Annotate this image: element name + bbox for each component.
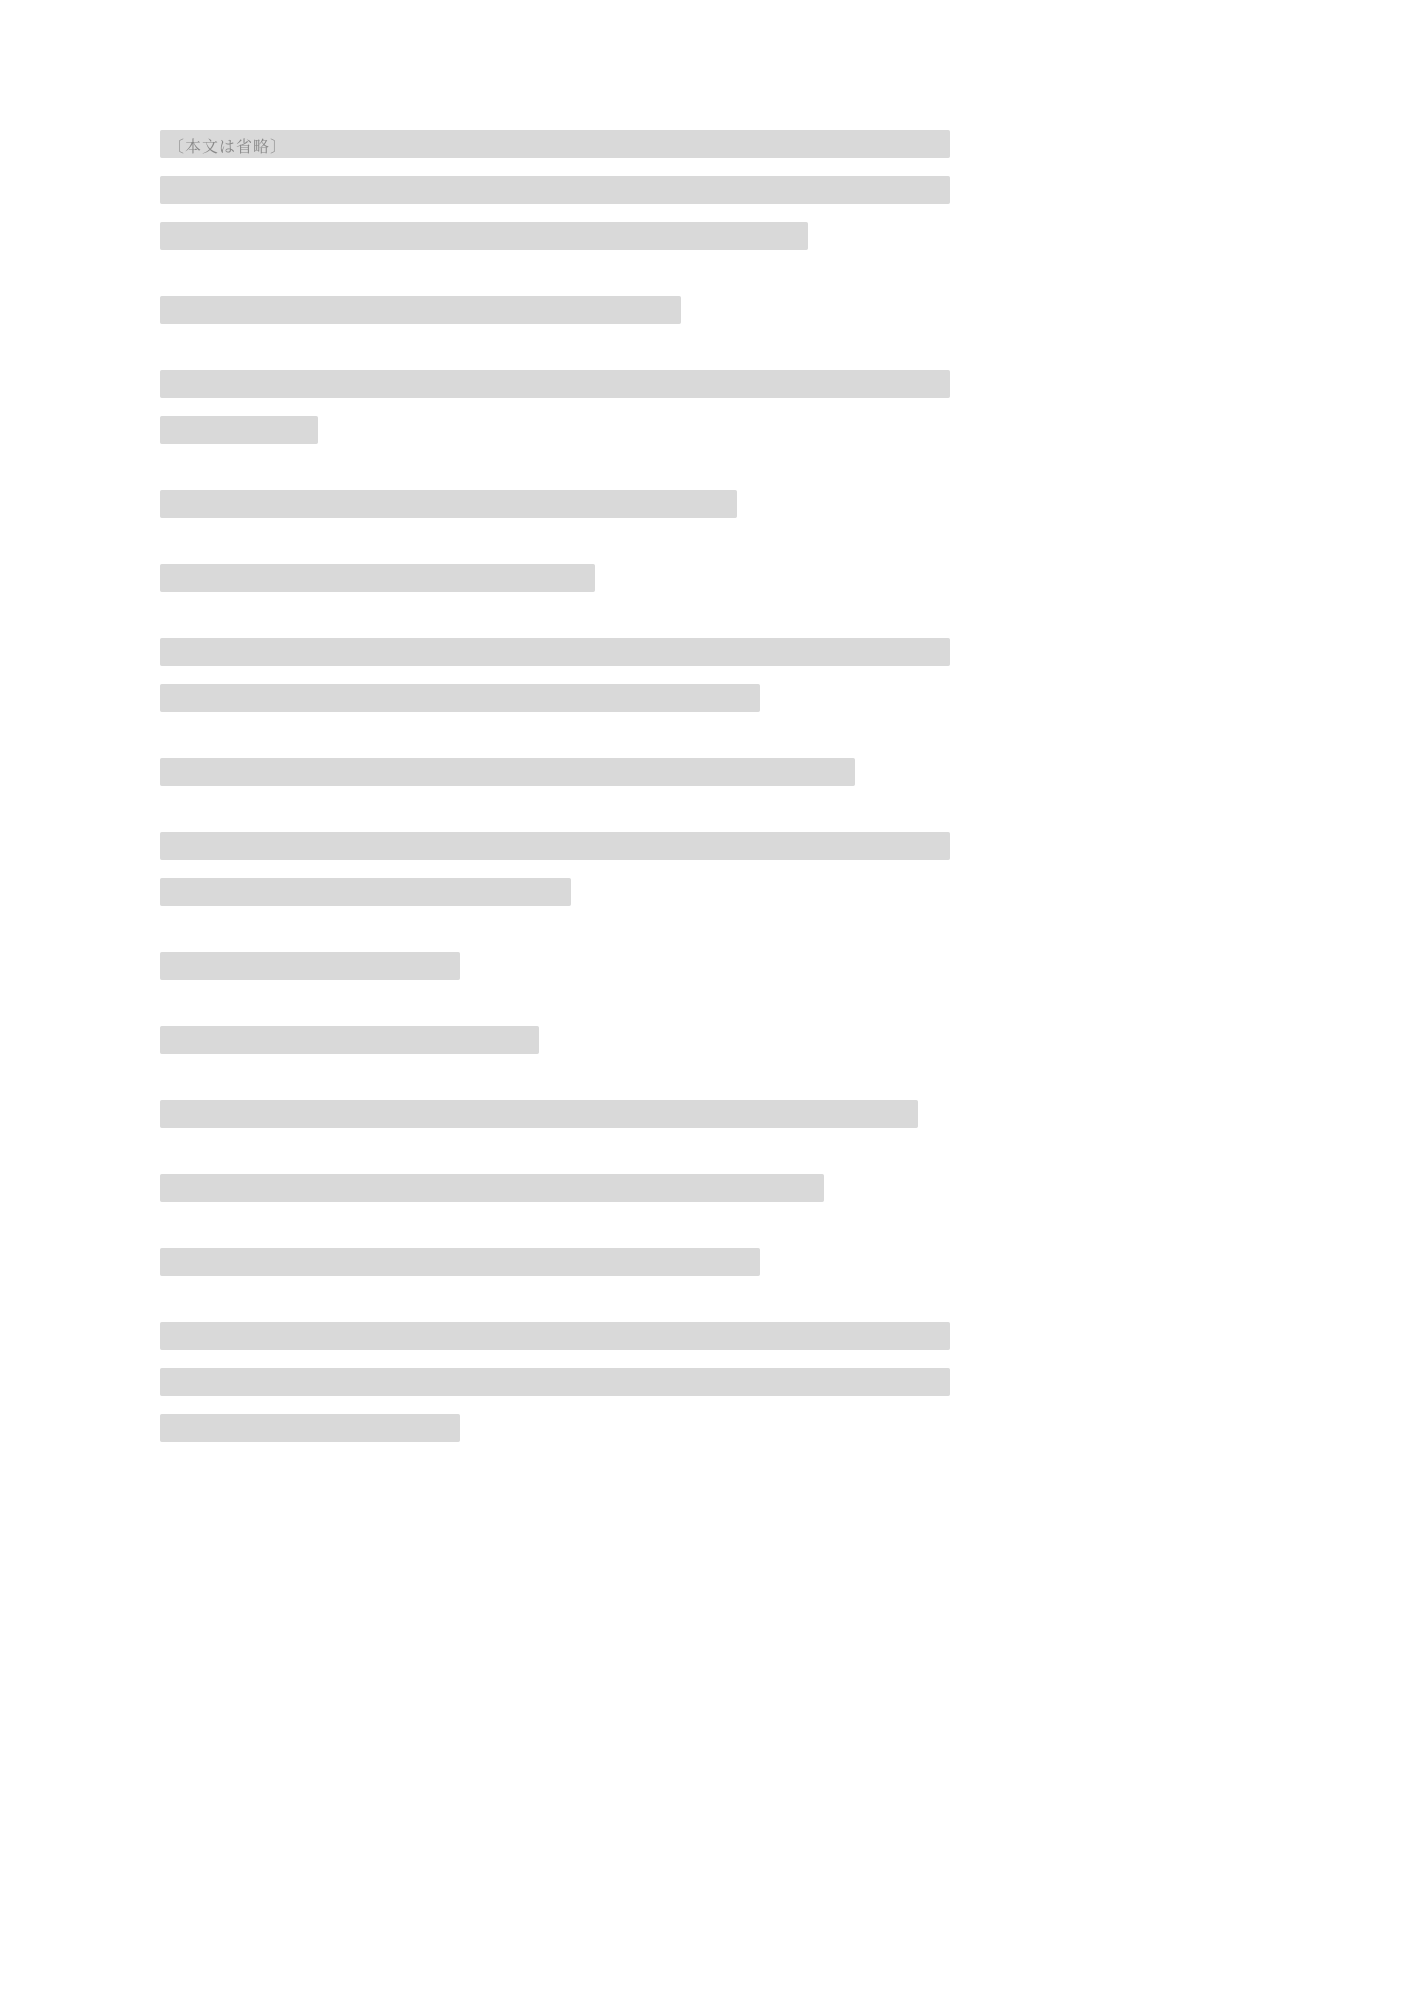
redacted-text-line [160,758,855,786]
redacted-text-line [160,296,681,324]
redacted-text-line [160,1368,950,1396]
redacted-text-line [160,1248,760,1276]
paragraph-block [160,370,950,444]
redaction-notice: 〔本文は省略〕 [168,134,287,157]
redacted-text-line [160,1322,950,1350]
body-text-column: 〔本文は省略〕 [160,130,950,1488]
redacted-text-line [160,832,950,860]
paragraph-block [160,1026,950,1054]
redacted-text-line [160,952,460,980]
paragraph-block [160,1174,950,1202]
paragraph-block [160,1248,950,1276]
document-page: 〔本文は省略〕 [0,0,1415,2000]
paragraph-block [160,758,950,786]
paragraph-block [160,1100,950,1128]
paragraph-block [160,1322,950,1442]
redacted-text-line [160,1100,918,1128]
redacted-text-line [160,878,571,906]
redacted-text-line [160,370,950,398]
paragraph-block [160,564,950,592]
paragraph-block [160,952,950,980]
redacted-text-line [160,222,808,250]
redacted-text-line [160,1174,824,1202]
redacted-text-line: 〔本文は省略〕 [160,130,950,158]
paragraph-block [160,832,950,906]
redacted-text-line [160,490,737,518]
redacted-text-line [160,684,760,712]
redacted-text-line [160,1414,460,1442]
paragraph-block: 〔本文は省略〕 [160,130,950,250]
redacted-text-line [160,1026,539,1054]
redacted-text-line [160,638,950,666]
paragraph-block [160,296,950,324]
redacted-text-line [160,564,595,592]
redacted-text-line [160,176,950,204]
redacted-text-line [160,416,318,444]
paragraph-block [160,490,950,518]
paragraph-block [160,638,950,712]
